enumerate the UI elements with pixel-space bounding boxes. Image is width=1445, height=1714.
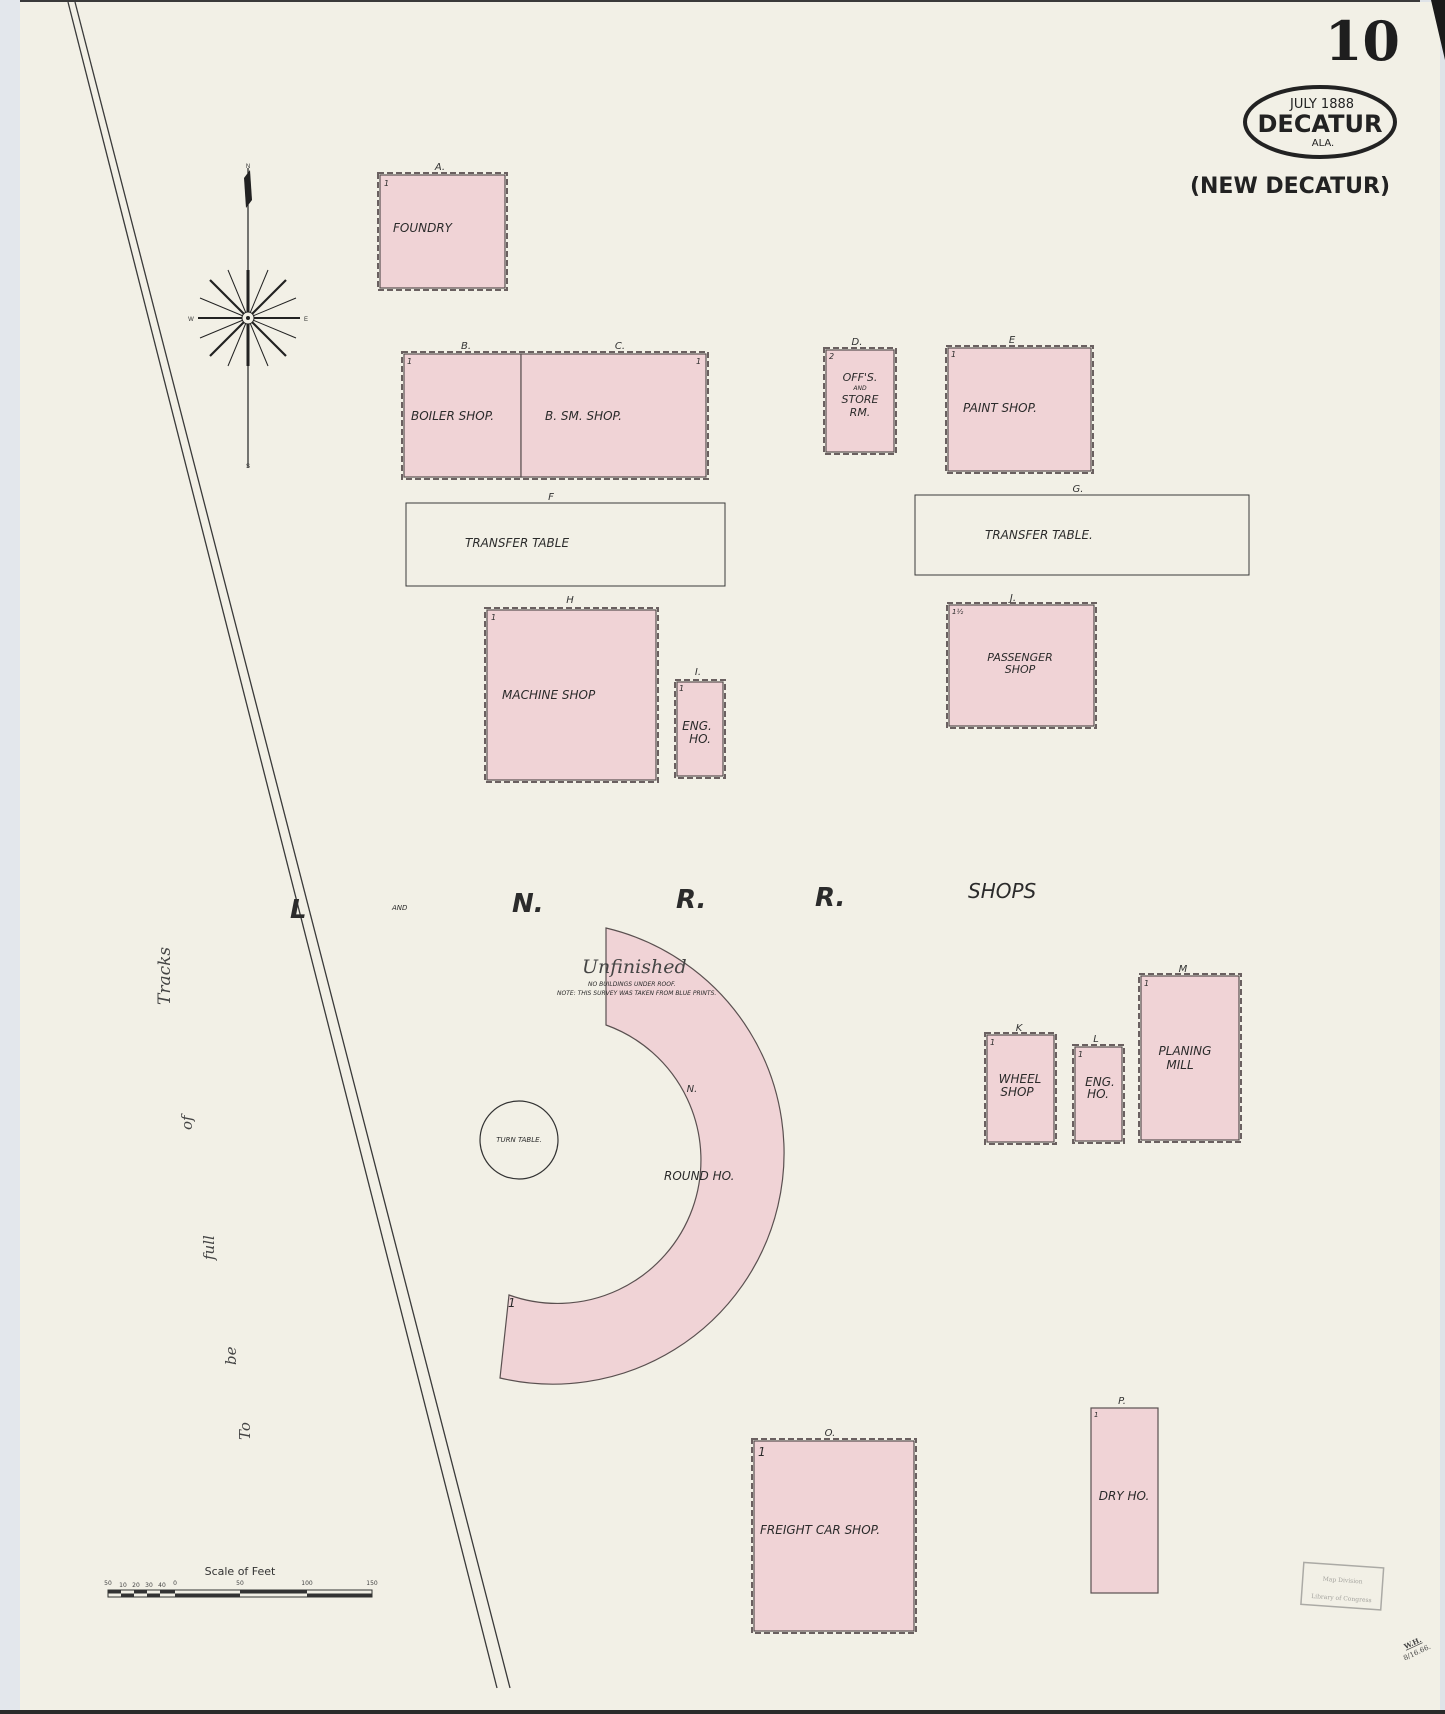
- building-name: BOILER SHOP.: [411, 409, 494, 423]
- title-cartouche: JULY 1888 DECATUR ALA.: [1245, 87, 1395, 157]
- scale-tick: 0: [173, 1580, 177, 1587]
- building-name-line: WHEEL: [999, 1072, 1042, 1086]
- note-line-2: NOTE: THIS SURVEY WAS TAKEN FROM BLUE PR…: [557, 990, 716, 997]
- scale-tick: 20: [132, 1582, 140, 1589]
- note-heading: Unfinished: [582, 956, 687, 978]
- building-name-line: STORE: [842, 393, 879, 406]
- story-count: 1: [1144, 979, 1149, 988]
- building-letter: I.: [695, 667, 701, 678]
- building-letter: D.: [852, 337, 863, 348]
- scale-tick: 40: [158, 1582, 166, 1589]
- compass-west: W: [188, 317, 194, 323]
- story-count: 1: [758, 1445, 766, 1459]
- story-count: 1½: [952, 608, 963, 616]
- scale-tick: 10: [119, 1582, 127, 1589]
- compass-rose-icon: N S W E: [188, 164, 308, 470]
- sheet-number: 10: [1325, 9, 1400, 73]
- story-count: 1: [951, 350, 956, 359]
- story-count: 1: [1078, 1050, 1083, 1059]
- story-count: 1: [696, 357, 701, 366]
- banner-and: AND: [391, 904, 408, 912]
- building-name: B. SM. SHOP.: [545, 409, 622, 423]
- turntable-label: TURN TABLE.: [496, 1136, 542, 1144]
- building-name-line: HO.: [689, 732, 711, 746]
- building-h-machine-shop[interactable]: H 1 MACHINE SHOP: [485, 595, 658, 782]
- building-b-boiler-shop[interactable]: B. 1 BOILER SHOP.: [404, 341, 521, 477]
- structure-g-transfer-table[interactable]: G. TRANSFER TABLE.: [915, 484, 1249, 575]
- compass-south: S: [246, 464, 250, 470]
- banner-n: N.: [512, 889, 544, 919]
- building-o-freight-car-shop[interactable]: O. 1 FREIGHT CAR SHOP.: [752, 1428, 916, 1633]
- building-name-line: RM.: [850, 406, 871, 419]
- building-k-wheel-shop[interactable]: K 1 WHEEL SHOP: [985, 1023, 1056, 1144]
- stamp-line-1: Map Division: [1322, 1576, 1363, 1586]
- compass-east: E: [304, 317, 308, 323]
- building-m-planing-mill[interactable]: M 1 PLANING MILL: [1139, 964, 1241, 1142]
- note-line-1: NO BUILDINGS UNDER ROOF.: [588, 981, 676, 988]
- tracks-word: Tracks: [155, 947, 175, 1005]
- building-letter: L: [1093, 1034, 1099, 1045]
- building-name: FOUNDRY: [393, 221, 454, 235]
- building-letter: O.: [825, 1428, 836, 1439]
- scale-bar: Scale of Feet 50 10 20 30 40 0 50 100 15…: [104, 1565, 378, 1597]
- building-name: TRANSFER TABLE.: [985, 528, 1093, 542]
- building-name-line: SHOP: [1000, 1085, 1034, 1099]
- building-l-engine-house[interactable]: L 1 ENG. HO.: [1073, 1034, 1124, 1143]
- map-title-banner: L AND N. R. R. SHOPS: [290, 879, 1037, 925]
- building-letter: J.: [1008, 593, 1016, 604]
- building-name-line: AND: [852, 385, 867, 392]
- banner-shops: SHOPS: [968, 879, 1037, 903]
- building-name: FREIGHT CAR SHOP.: [760, 1523, 880, 1537]
- building-name: TRANSFER TABLE: [465, 536, 569, 550]
- building-letter: P.: [1118, 1396, 1126, 1407]
- tracks-word: full: [200, 1235, 218, 1261]
- building-name: MACHINE SHOP: [502, 688, 596, 702]
- building-name: DRY HO.: [1099, 1489, 1150, 1503]
- banner-l: L: [290, 895, 307, 925]
- tracks-annotation: Tracks of full be To: [155, 947, 254, 1440]
- story-count: 1: [407, 357, 412, 366]
- map-canvas: 10 JULY 1888 DECATUR ALA. (NEW DECATUR) …: [0, 0, 1445, 1714]
- building-letter: F: [548, 492, 554, 503]
- story-count: 1: [508, 1296, 516, 1310]
- building-letter: G.: [1073, 484, 1084, 495]
- building-name-line: HO.: [1087, 1087, 1109, 1101]
- scale-tick: 150: [366, 1580, 378, 1587]
- cartouche-city: DECATUR: [1258, 110, 1383, 138]
- inspector-initials: W.H. 8/16.66.: [1398, 1633, 1432, 1663]
- building-letter: H: [566, 595, 574, 606]
- building-name-line: MILL: [1166, 1058, 1193, 1072]
- banner-r1: R.: [676, 885, 706, 915]
- stamp-line-2: Library of Congress: [1311, 1593, 1372, 1604]
- sheet-subtitle: (NEW DECATUR): [1190, 174, 1390, 199]
- building-name: ROUND HO.: [664, 1169, 734, 1183]
- story-count: 1: [679, 684, 684, 693]
- building-i-engine-house[interactable]: I. 1 ENG. HO.: [675, 667, 725, 778]
- building-letter: C.: [615, 341, 625, 352]
- story-count: 1: [1094, 1411, 1098, 1419]
- building-e-paint-shop[interactable]: E 1 PAINT SHOP.: [946, 335, 1093, 473]
- turntable[interactable]: TURN TABLE.: [480, 1101, 558, 1179]
- story-count: 2: [829, 352, 834, 361]
- building-letter: B.: [461, 341, 471, 352]
- building-c-blacksmith-shop[interactable]: C. 1 B. SM. SHOP.: [521, 341, 706, 477]
- building-a-foundry[interactable]: A. 1 FOUNDRY: [378, 162, 507, 290]
- building-letter: E: [1009, 335, 1016, 346]
- building-name: PAINT SHOP.: [963, 401, 1037, 415]
- building-name-line: SHOP: [1005, 663, 1036, 676]
- story-count: 1: [491, 613, 496, 622]
- story-count: 1: [990, 1038, 995, 1047]
- library-stamp: Map Division Library of Congress: [1301, 1562, 1384, 1609]
- scale-tick: 50: [104, 1580, 112, 1587]
- tracks-word: of: [178, 1113, 196, 1130]
- banner-r2: R.: [815, 883, 845, 913]
- scale-tick: 100: [301, 1580, 313, 1587]
- tracks-word: To: [236, 1422, 254, 1440]
- structure-f-transfer-table[interactable]: F TRANSFER TABLE: [406, 492, 725, 586]
- tracks-word: be: [222, 1346, 240, 1365]
- building-p-dry-house[interactable]: P. 1 DRY HO.: [1091, 1396, 1158, 1593]
- compass-north: N: [246, 164, 250, 170]
- building-name-line: PLANING: [1159, 1044, 1212, 1058]
- scale-tick: 50: [236, 1580, 244, 1587]
- scale-title: Scale of Feet: [205, 1565, 276, 1578]
- story-count: 1: [384, 179, 389, 188]
- building-name-line: ENG.: [682, 719, 712, 733]
- building-letter: M: [1179, 964, 1188, 975]
- building-j-passenger-shop[interactable]: J. 1½ PASSENGER SHOP: [947, 593, 1096, 728]
- building-d-offices-store-room[interactable]: D. 2 OFF'S. AND STORE RM.: [824, 337, 896, 454]
- building-letter: A.: [434, 162, 445, 173]
- scale-tick: 30: [145, 1582, 153, 1589]
- building-letter: N.: [687, 1084, 698, 1095]
- cartouche-state: ALA.: [1312, 138, 1335, 149]
- building-name-line: OFF'S.: [843, 371, 878, 384]
